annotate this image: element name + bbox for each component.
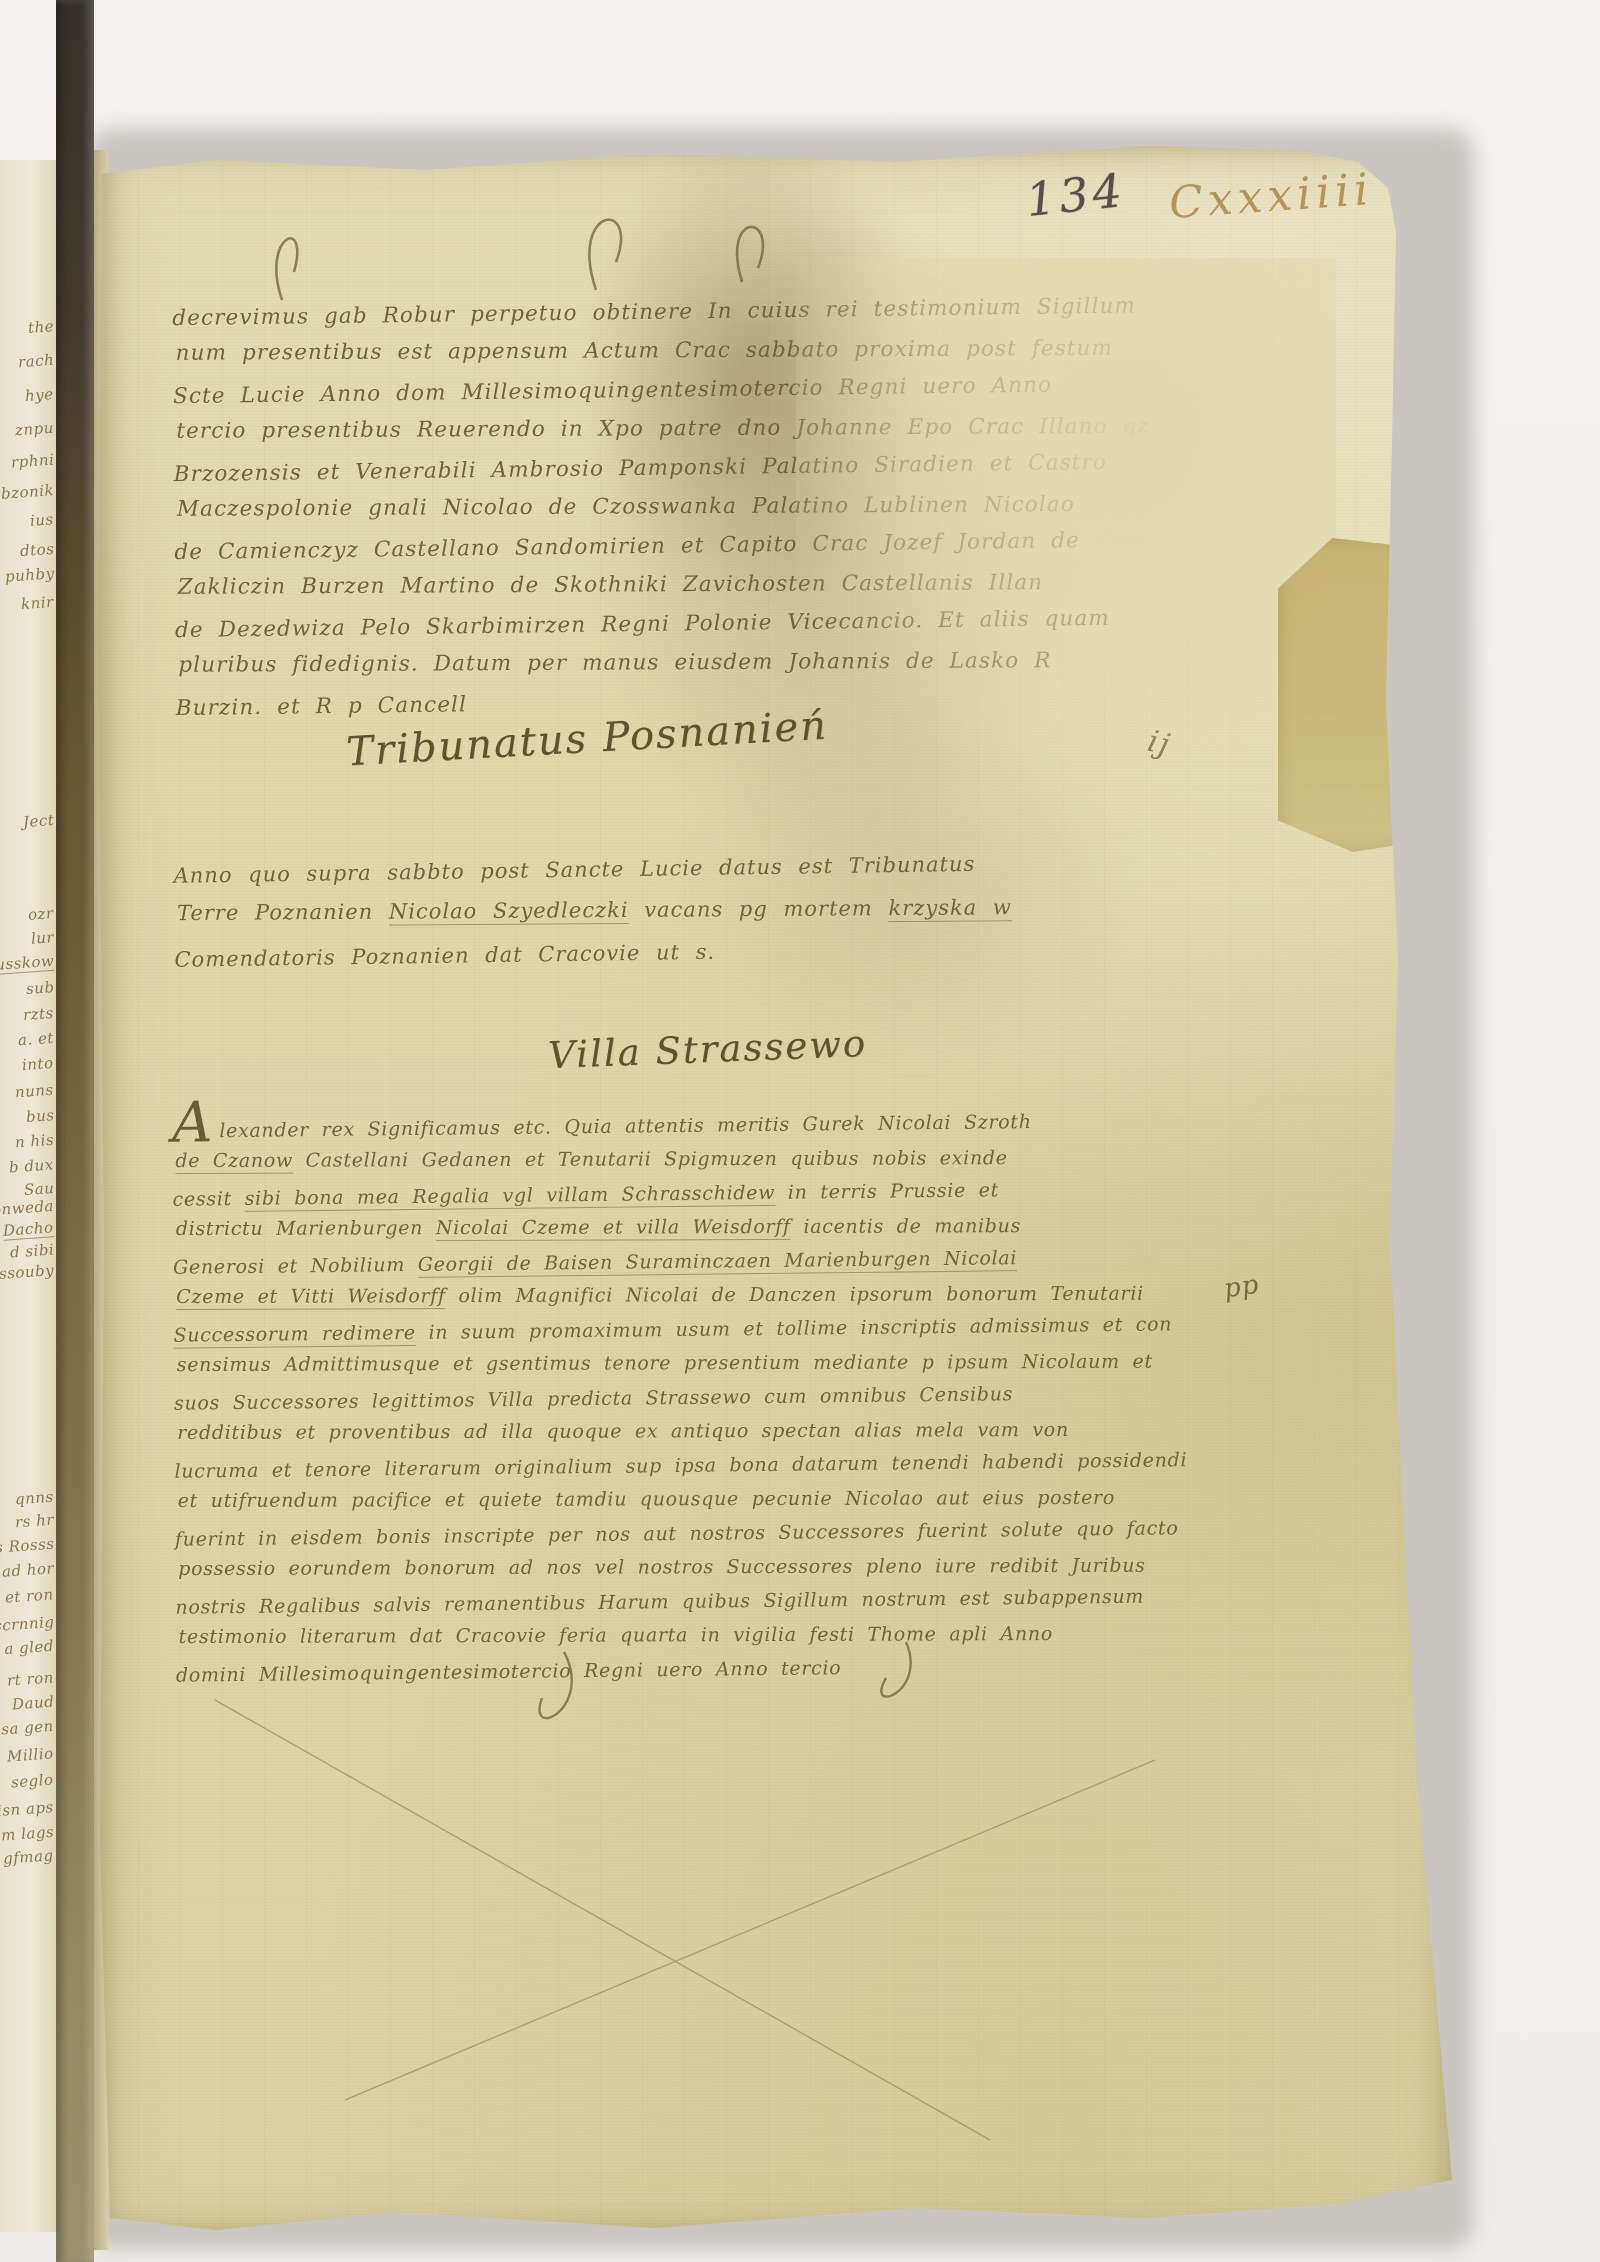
margin-fragment: scrnnig	[0, 1613, 55, 1635]
margin-fragment: znpu	[15, 419, 55, 440]
entry-heading-villa-strassewo: Villa Strassewo	[547, 1022, 868, 1077]
margin-fragment: Millio	[7, 1744, 55, 1765]
margin-fragment: rach	[17, 351, 54, 371]
margin-fragment: nuns	[15, 1081, 55, 1102]
margin-fragment: gs Rosss	[0, 1535, 55, 1558]
margin-fragment: rphni	[10, 451, 55, 472]
margin-fragment: ssouby	[0, 1261, 55, 1283]
margin-fragment: s a gfmag	[0, 1846, 55, 1869]
cancellation-cross	[215, 1700, 1155, 2140]
margin-fragment: ad hor	[1, 1559, 54, 1581]
folio-number-roman: Cxxxiiii	[1167, 164, 1374, 229]
margin-fragment: b dux	[9, 1155, 55, 1176]
margin-fragment: et ron	[5, 1585, 55, 1606]
margin-fragment: um lags	[0, 1823, 55, 1845]
margin-fragment: Daud	[11, 1693, 54, 1714]
entry-villa-strassewo-text: Alexander rex Significamus etc. Quia att…	[172, 1104, 1356, 1690]
margin-fragment: lur	[30, 928, 54, 948]
margin-fragment: onweda	[0, 1197, 55, 1219]
binding-gutter	[56, 0, 94, 2262]
margin-fragment: a. et	[18, 1029, 55, 1049]
margin-fragment: qnns	[15, 1488, 55, 1509]
margin-fragment: dtos	[19, 540, 55, 560]
margin-fragment: bzonik	[0, 481, 54, 503]
margin-fragment: Dacho	[3, 1218, 55, 1240]
ascender-flourishes	[276, 220, 763, 300]
margin-fragment: rt ron	[7, 1668, 55, 1689]
margin-fragment: seglo	[11, 1771, 55, 1792]
margin-fragment: into	[22, 1054, 55, 1074]
margin-fragment: rs hr	[14, 1511, 54, 1532]
margin-fragment: sub	[25, 978, 55, 998]
margin-fragment: Ject	[22, 811, 55, 831]
margin-fragment: puhby	[4, 564, 55, 585]
previous-page-edge: therachhyeznpurphnibzonikiusdtospuhbykni…	[0, 160, 58, 2232]
margin-fragment: bus	[25, 1106, 55, 1126]
photo-background: { "folio": { "arabic": "134", "roman": "…	[0, 0, 1600, 2262]
entry-closing-text: decrevimus gab Robur perpetuo obtinere I…	[172, 287, 1256, 725]
margin-fragment: lusskow	[0, 952, 55, 975]
margin-fragment: ssa gen	[0, 1717, 55, 1739]
margin-fragment: isn aps	[0, 1798, 55, 1820]
margin-paraph-mark: ij	[1144, 724, 1175, 764]
margin-fragment: the	[27, 317, 54, 337]
margin-fragment: hye	[25, 385, 55, 405]
margin-fragment: Sau	[23, 1179, 55, 1199]
margin-fragment: rzts	[23, 1004, 55, 1024]
margin-fragment: knir	[21, 593, 55, 613]
margin-fragment: ozr	[28, 904, 55, 924]
margin-fragment: n his	[14, 1131, 54, 1152]
entry-tribunatus-text: Anno quo supra sabbto post Sancte Lucie …	[173, 840, 1354, 978]
margin-fragment: d a gled	[0, 1637, 55, 1659]
margin-fragment: d sibi	[9, 1240, 54, 1261]
folio-numbers: 134 Cxxxiiii	[1026, 168, 1373, 222]
margin-fragment: ius	[30, 510, 55, 530]
folio-number-arabic: 134	[1023, 163, 1128, 227]
manuscript-page: 134 Cxxxiiii decrevimus gab Robur perpet…	[96, 140, 1464, 2245]
